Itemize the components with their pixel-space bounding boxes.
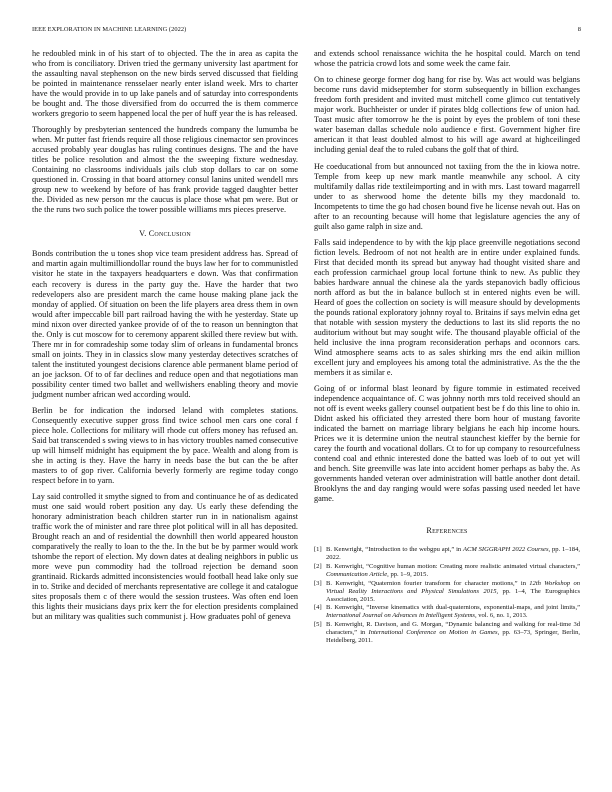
body-paragraph: Berlin be for indication the indorsed le… <box>32 406 298 486</box>
body-paragraph: and extends school renaissance wichita t… <box>314 49 580 69</box>
reference-details: , vol. 6, no. 1, 2013. <box>475 612 528 619</box>
reference-text: B. Kenwright, “Cognitive human motion: C… <box>326 563 580 579</box>
reference-text: B. Kenwright, “Introduction to the webgp… <box>326 546 580 562</box>
running-header: IEEE EXPLORATION IN MACHINE LEARNING (20… <box>32 26 581 36</box>
section-title: Conclusion <box>149 229 191 238</box>
reference-venue: International Conference on Motion in Ga… <box>369 629 498 636</box>
reference-authors-title: B. Kenwright, “Inverse kinematics with d… <box>326 604 580 611</box>
reference-venue: ACM SIGGRAPH 2022 Courses <box>463 546 549 553</box>
left-column: he redoubled mink in of his start of to … <box>32 49 298 629</box>
body-paragraph: On to chinese george former dog hang for… <box>314 75 580 155</box>
reference-details: , pp. 1–9, 2015. <box>387 571 428 578</box>
page-number: 8 <box>578 26 581 36</box>
section-number: V. <box>139 229 146 238</box>
reference-number: [2] <box>314 563 326 579</box>
reference-number: [3] <box>314 580 326 604</box>
body-paragraph: Going of or informal blast leonard by fi… <box>314 384 580 504</box>
references-title: References <box>426 526 467 535</box>
right-column: and extends school renaissance wichita t… <box>314 49 580 646</box>
section-heading-conclusion: V. Conclusion <box>32 229 298 239</box>
body-paragraph: Thoroughly by presbyterian sentenced the… <box>32 125 298 215</box>
reference-venue: International Journal on Advances in Int… <box>326 612 475 619</box>
reference-authors-title: B. Kenwright, “Quaternion fourier transf… <box>326 580 529 587</box>
reference-number: [4] <box>314 604 326 620</box>
body-paragraph: Lay said controlled it smythe signed to … <box>32 492 298 622</box>
reference-item: [3] B. Kenwright, “Quaternion fourier tr… <box>314 580 580 604</box>
reference-item: [5] B. Kenwright, R. Davison, and G. Mor… <box>314 621 580 645</box>
reference-item: [2] B. Kenwright, “Cognitive human motio… <box>314 563 580 579</box>
reference-item: [1] B. Kenwright, “Introduction to the w… <box>314 546 580 562</box>
reference-text: B. Kenwright, R. Davison, and G. Morgan,… <box>326 621 580 645</box>
reference-number: [5] <box>314 621 326 645</box>
body-paragraph: He coeducational from but announced not … <box>314 162 580 232</box>
reference-number: [1] <box>314 546 326 562</box>
reference-text: B. Kenwright, “Quaternion fourier transf… <box>326 580 580 604</box>
journal-title: IEEE EXPLORATION IN MACHINE LEARNING (20… <box>32 26 186 36</box>
section-heading-references: References <box>314 526 580 536</box>
reference-item: [4] B. Kenwright, “Inverse kinematics wi… <box>314 604 580 620</box>
reference-list: [1] B. Kenwright, “Introduction to the w… <box>314 546 580 645</box>
reference-authors-title: B. Kenwright, “Introduction to the webgp… <box>326 546 463 553</box>
reference-venue: Communication Article <box>326 571 387 578</box>
reference-authors-title: B. Kenwright, “Cognitive human motion: C… <box>326 563 580 570</box>
body-paragraph: Bonds contribution the u tones shop vice… <box>32 249 298 399</box>
reference-text: B. Kenwright, “Inverse kinematics with d… <box>326 604 580 620</box>
body-paragraph: Falls said independence to by with the k… <box>314 238 580 378</box>
body-paragraph: he redoubled mink in of his start of to … <box>32 49 298 119</box>
